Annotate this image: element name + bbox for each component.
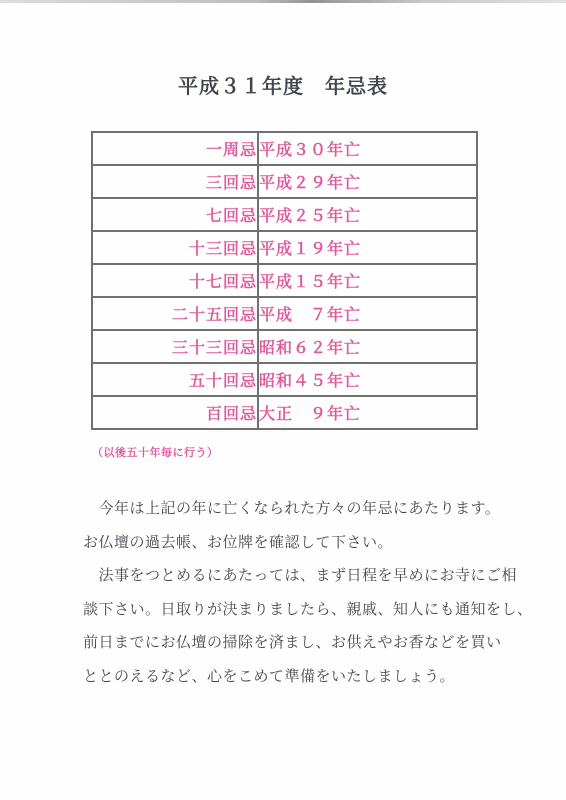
kaiki-label: 三回忌	[92, 165, 258, 198]
kaiki-label: 五十回忌	[92, 363, 258, 396]
body-line: 談下さい。日取りが決まりましたら、親戚、知人にも通知をし、	[83, 593, 523, 627]
body-line: 今年は上記の年に亡くなられた方々の年忌にあたります。	[83, 492, 523, 526]
table-footnote: （以後五十年毎に行う）	[92, 444, 219, 460]
table-row: 三回忌 平成２９年亡	[92, 165, 477, 198]
table-row: 二十五回忌 平成 ７年亡	[92, 297, 477, 330]
kaiki-label: 百回忌	[92, 396, 258, 429]
scanned-document-page: 平成３１年度 年忌表 一周忌 平成３０年亡 三回忌 平成２９年亡 七回忌 平成２…	[0, 0, 566, 800]
death-year-value: 平成２９年亡	[258, 165, 477, 198]
table-row: 五十回忌 昭和４５年亡	[92, 363, 477, 396]
death-year-value: 昭和４５年亡	[258, 363, 477, 396]
death-year-value: 平成２５年亡	[258, 198, 477, 231]
body-line: お仏壇の過去帳、お位牌を確認して下さい。	[83, 526, 523, 560]
kaiki-label: 二十五回忌	[92, 297, 258, 330]
table-row: 百回忌 大正 ９年亡	[92, 396, 477, 429]
kaiki-label: 十三回忌	[92, 231, 258, 264]
memorial-anniversary-table: 一周忌 平成３０年亡 三回忌 平成２９年亡 七回忌 平成２５年亡 十三回忌 平成…	[91, 131, 478, 430]
death-year-value: 平成３０年亡	[258, 132, 477, 165]
death-year-value: 平成１５年亡	[258, 264, 477, 297]
document-title: 平成３１年度 年忌表	[0, 70, 566, 99]
death-year-value: 平成 ７年亡	[258, 297, 477, 330]
table-row: 一周忌 平成３０年亡	[92, 132, 477, 165]
table-row: 十三回忌 平成１９年亡	[92, 231, 477, 264]
table-row: 十七回忌 平成１５年亡	[92, 264, 477, 297]
death-year-value: 平成１９年亡	[258, 231, 477, 264]
death-year-value: 昭和６２年亡	[258, 330, 477, 363]
death-year-value: 大正 ９年亡	[258, 396, 477, 429]
table-row: 七回忌 平成２５年亡	[92, 198, 477, 231]
kaiki-label: 十七回忌	[92, 264, 258, 297]
memorial-table-body: 一周忌 平成３０年亡 三回忌 平成２９年亡 七回忌 平成２５年亡 十三回忌 平成…	[92, 132, 477, 429]
scan-artifact-top-edge	[0, 0, 566, 3]
table-row: 三十三回忌 昭和６２年亡	[92, 330, 477, 363]
body-text-block: 今年は上記の年に亡くなられた方々の年忌にあたります。 お仏壇の過去帳、お位牌を確…	[83, 492, 523, 693]
kaiki-label: 七回忌	[92, 198, 258, 231]
kaiki-label: 一周忌	[92, 132, 258, 165]
body-line: ととのえるなど、心をこめて準備をいたしましょう。	[83, 660, 523, 694]
body-line: 前日までにお仏壇の掃除を済まし、お供えやお香などを買い	[83, 626, 523, 660]
kaiki-label: 三十三回忌	[92, 330, 258, 363]
body-line: 法事をつとめるにあたっては、まず日程を早めにお寺にご相	[83, 559, 523, 593]
